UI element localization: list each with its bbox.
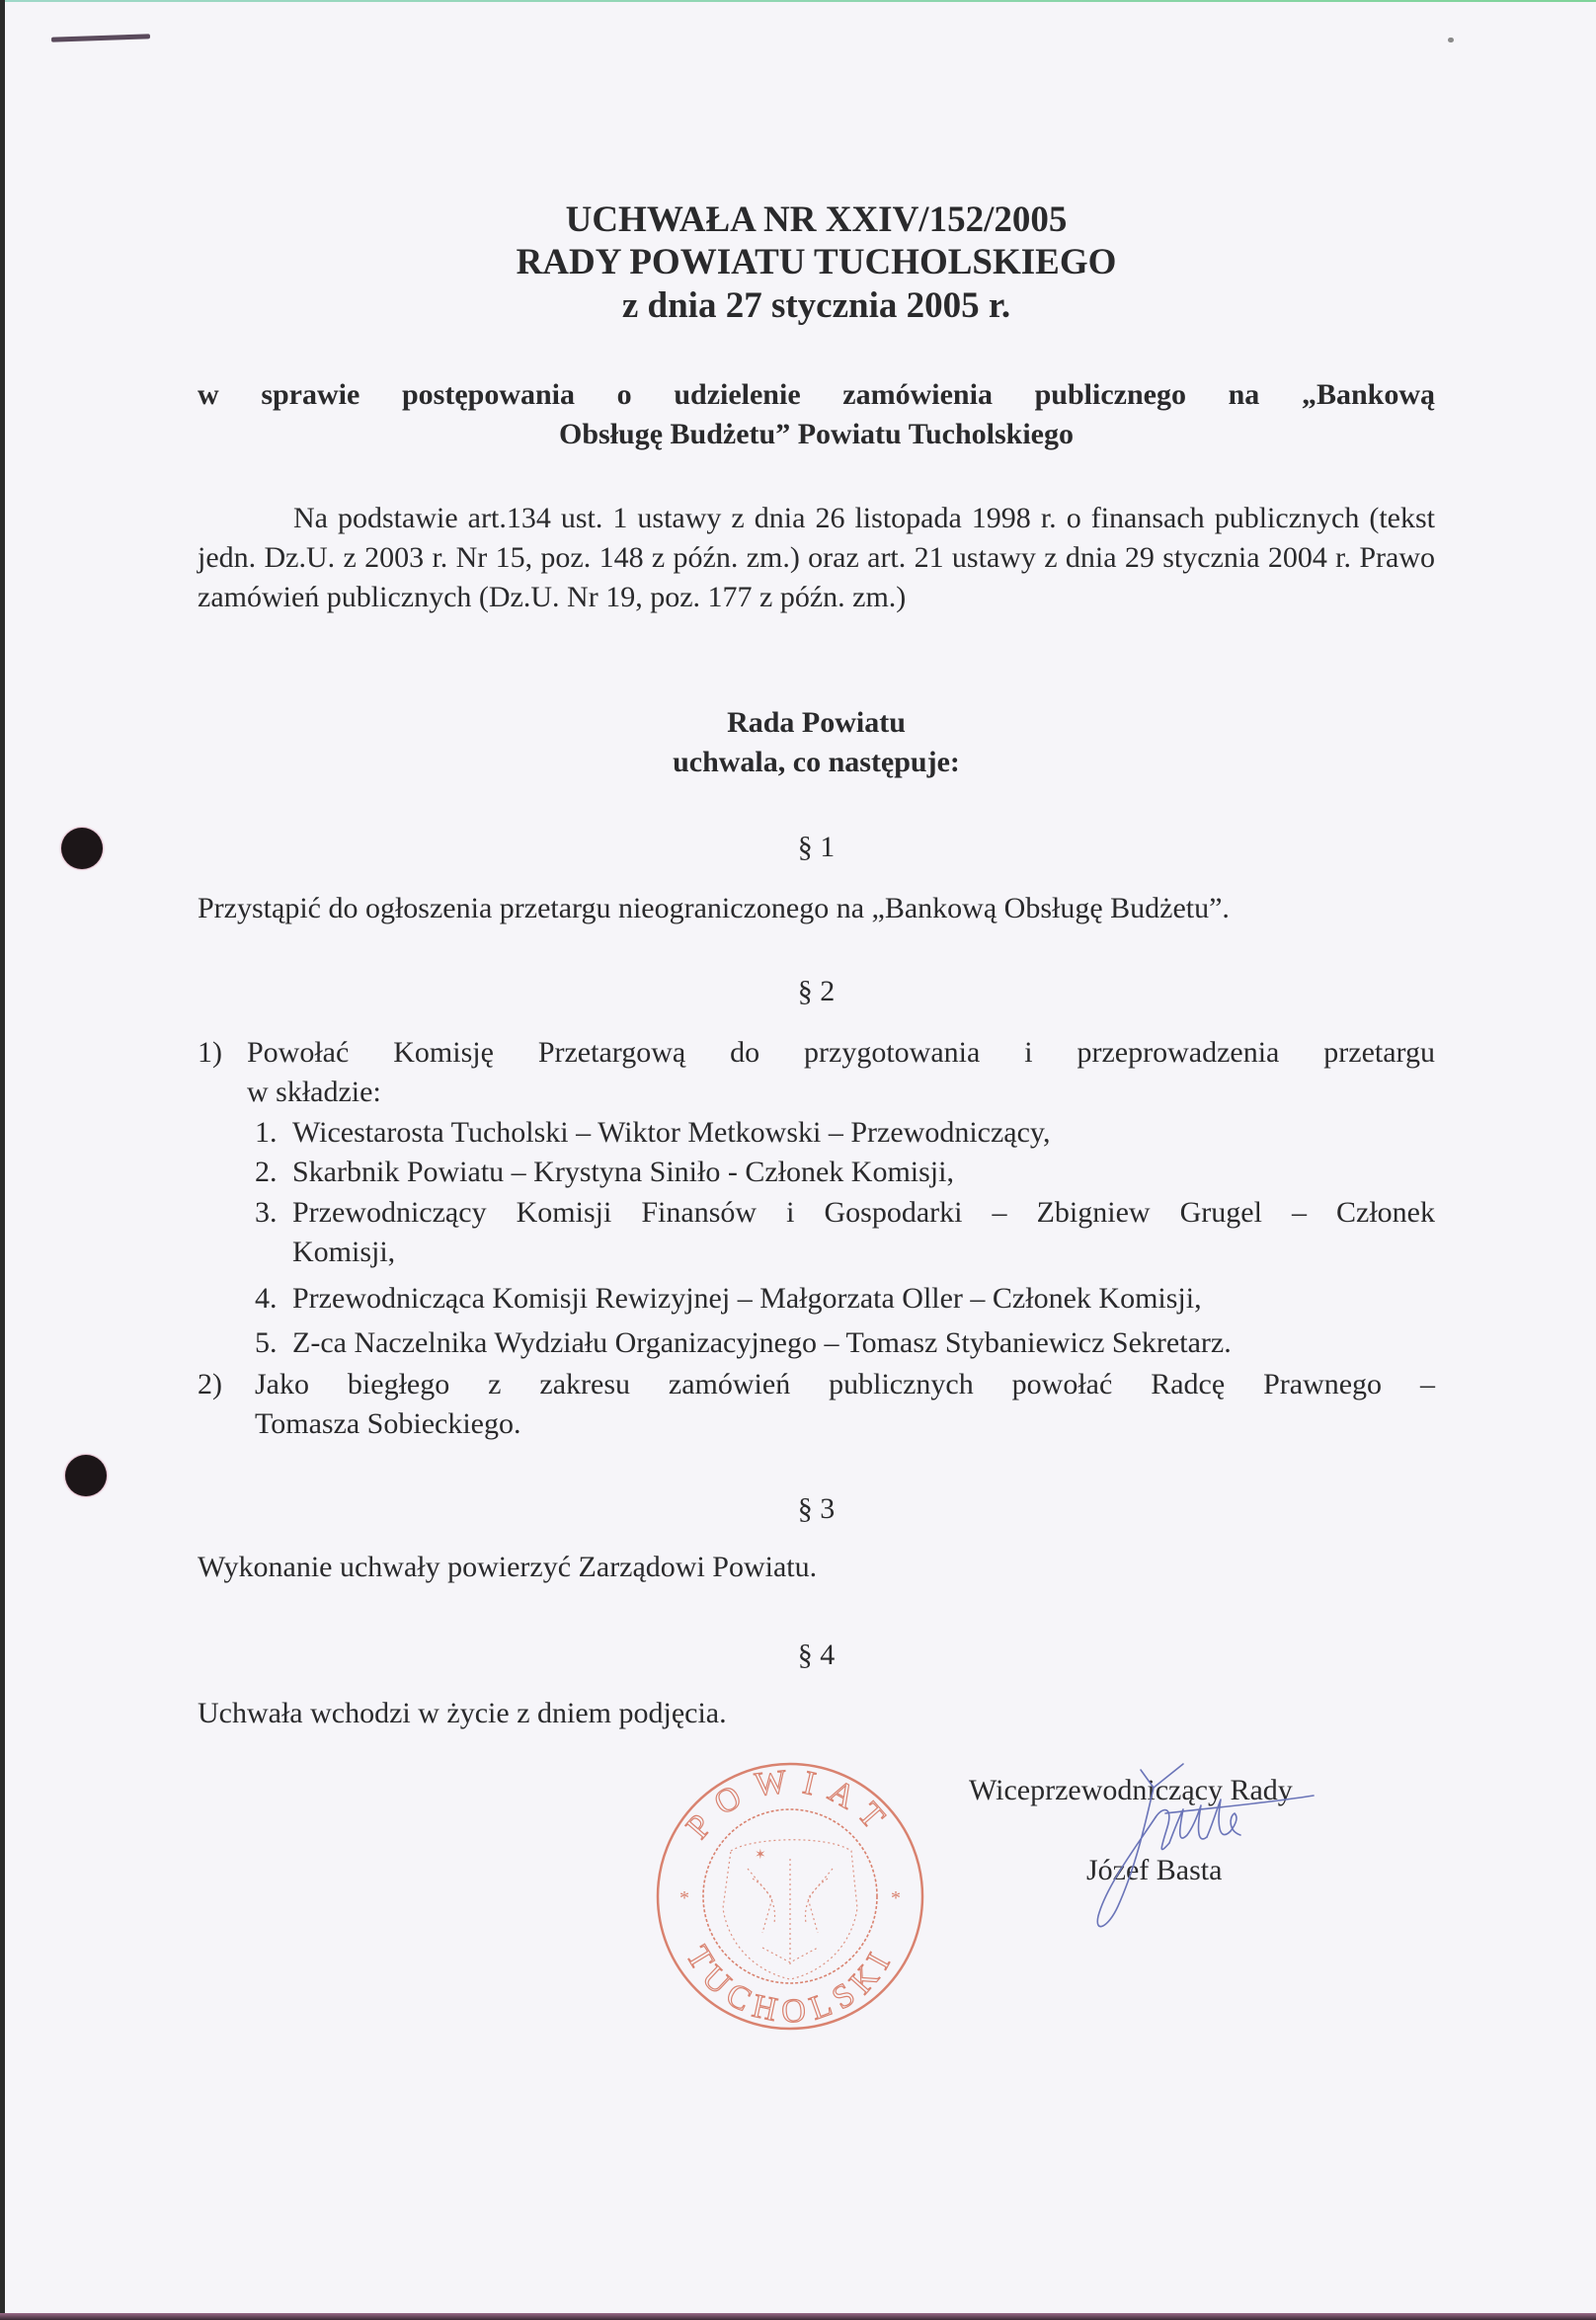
section-3-text: Wykonanie uchwały powierzyć Zarządowi Po… [198,1548,1435,1587]
council-name: RADY POWIATU TUCHOLSKIEGO [198,243,1435,282]
svg-text:*: * [679,1887,689,1909]
section-1-heading: § 1 [198,828,1435,867]
legal-basis: Na podstawie art.134 ust. 1 ustawy z dni… [198,499,1435,617]
scan-top-edge [0,0,1596,2]
svg-text:POWIAT: POWIAT [679,1762,901,1846]
member-item: 3. Przewodniczący Komisji Finansów i Gos… [255,1193,1435,1272]
council-heading: Rada Powiatu [198,703,1435,743]
section-4-text: Uchwała wchodzi w życie z dniem podjęcia… [198,1694,1435,1733]
official-stamp-icon: POWIAT TUCHOLSKI * * ✶ [654,1760,926,2033]
subject-line: w sprawie postępowania o udzielenie zamó… [198,375,1435,415]
member-item: 2. Skarbnik Powiatu – Krystyna Siniło - … [255,1153,1435,1192]
legal-basis-text: Na podstawie art.134 ust. 1 ustawy z dni… [198,502,1435,613]
handwritten-signature-icon [1047,1748,1343,1936]
svg-text:✶: ✶ [755,1848,766,1863]
resolution-date: z dnia 27 stycznia 2005 r. [198,286,1435,326]
section-3-heading: § 3 [198,1489,1435,1529]
section-2-point-1: 1) Powołać Komisję Przetargową do przygo… [198,1033,1435,1112]
scan-speck [1448,38,1454,42]
scan-bottom-edge [0,2313,1596,2320]
section-4-heading: § 4 [198,1636,1435,1675]
council-decides: uchwala, co następuje: [198,743,1435,782]
section-2-heading: § 2 [198,972,1435,1011]
scan-left-edge [0,0,5,2320]
member-item: 4. Przewodnicząca Komisji Rewizyjnej – M… [255,1279,1435,1319]
resolution-number: UCHWAŁA NR XXIV/152/2005 [198,200,1435,240]
member-item: 5. Z-ca Naczelnika Wydziału Organizacyjn… [255,1323,1435,1363]
subject-line: Obsługę Budżetu” Powiatu Tucholskiego [198,415,1435,454]
resolution-subject: w sprawie postępowania o udzielenie zamó… [198,375,1435,454]
member-item: 1. Wicestarosta Tucholski – Wiktor Metko… [255,1113,1435,1153]
pen-dash-mark [51,34,150,41]
punch-hole-icon [61,828,103,869]
svg-text:*: * [891,1887,901,1909]
punch-hole-icon [65,1455,107,1496]
section-1-text: Przystąpić do ogłoszenia przetargu nieog… [198,889,1435,928]
section-2-point-2: 2) Jako biegłego z zakresu zamówień publ… [198,1365,1435,1444]
